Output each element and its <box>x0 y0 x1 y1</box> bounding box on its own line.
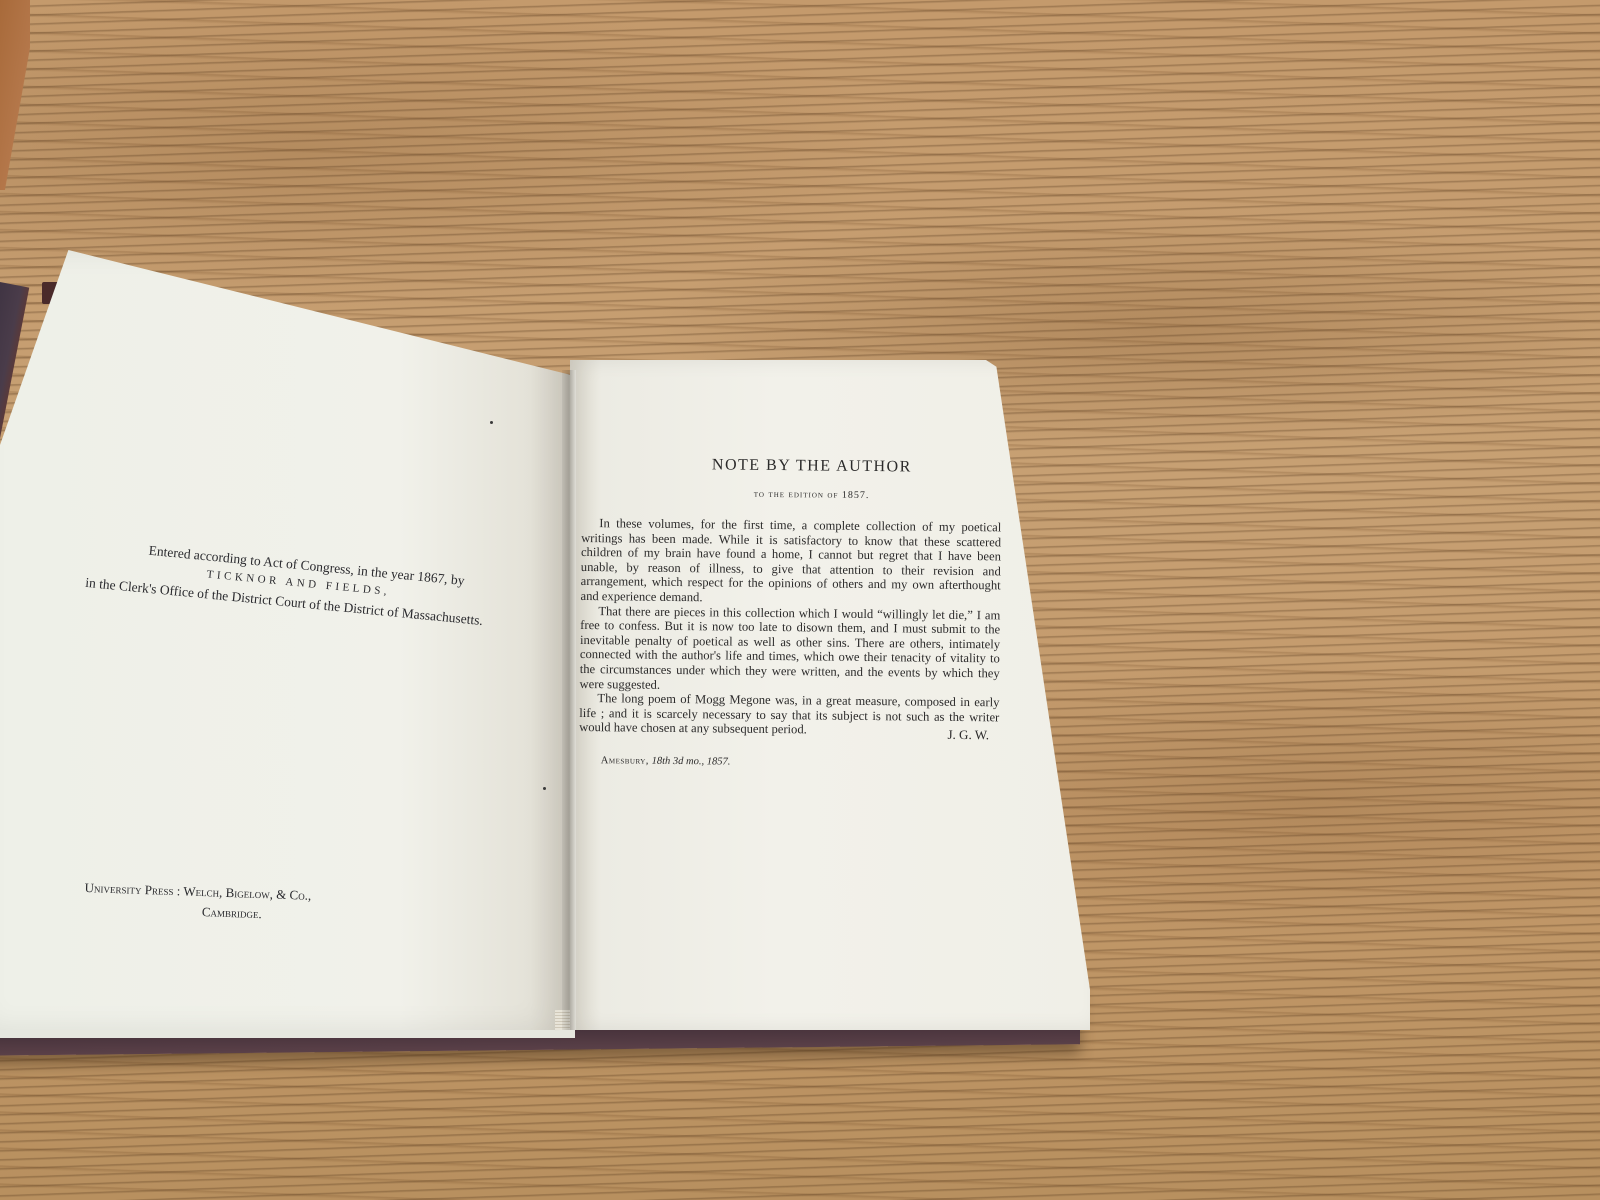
note-paragraph-2: That there are pieces in this collection… <box>580 604 1001 696</box>
date: 18th 3d mo., 1857. <box>652 756 731 768</box>
table-edge <box>0 0 30 190</box>
place: Amesbury, <box>601 755 649 767</box>
book-gutter <box>562 370 576 1030</box>
note-title: NOTE BY THE AUTHOR <box>582 455 1002 477</box>
note-subtitle: to the edition of 1857. <box>582 487 1002 502</box>
note-body: In these volumes, for the first time, a … <box>579 516 1001 739</box>
page-speck <box>543 787 546 790</box>
author-note: NOTE BY THE AUTHOR to the edition of 185… <box>579 455 1002 770</box>
note-paragraph-1: In these volumes, for the first time, a … <box>580 516 1001 608</box>
page-speck <box>490 421 493 424</box>
